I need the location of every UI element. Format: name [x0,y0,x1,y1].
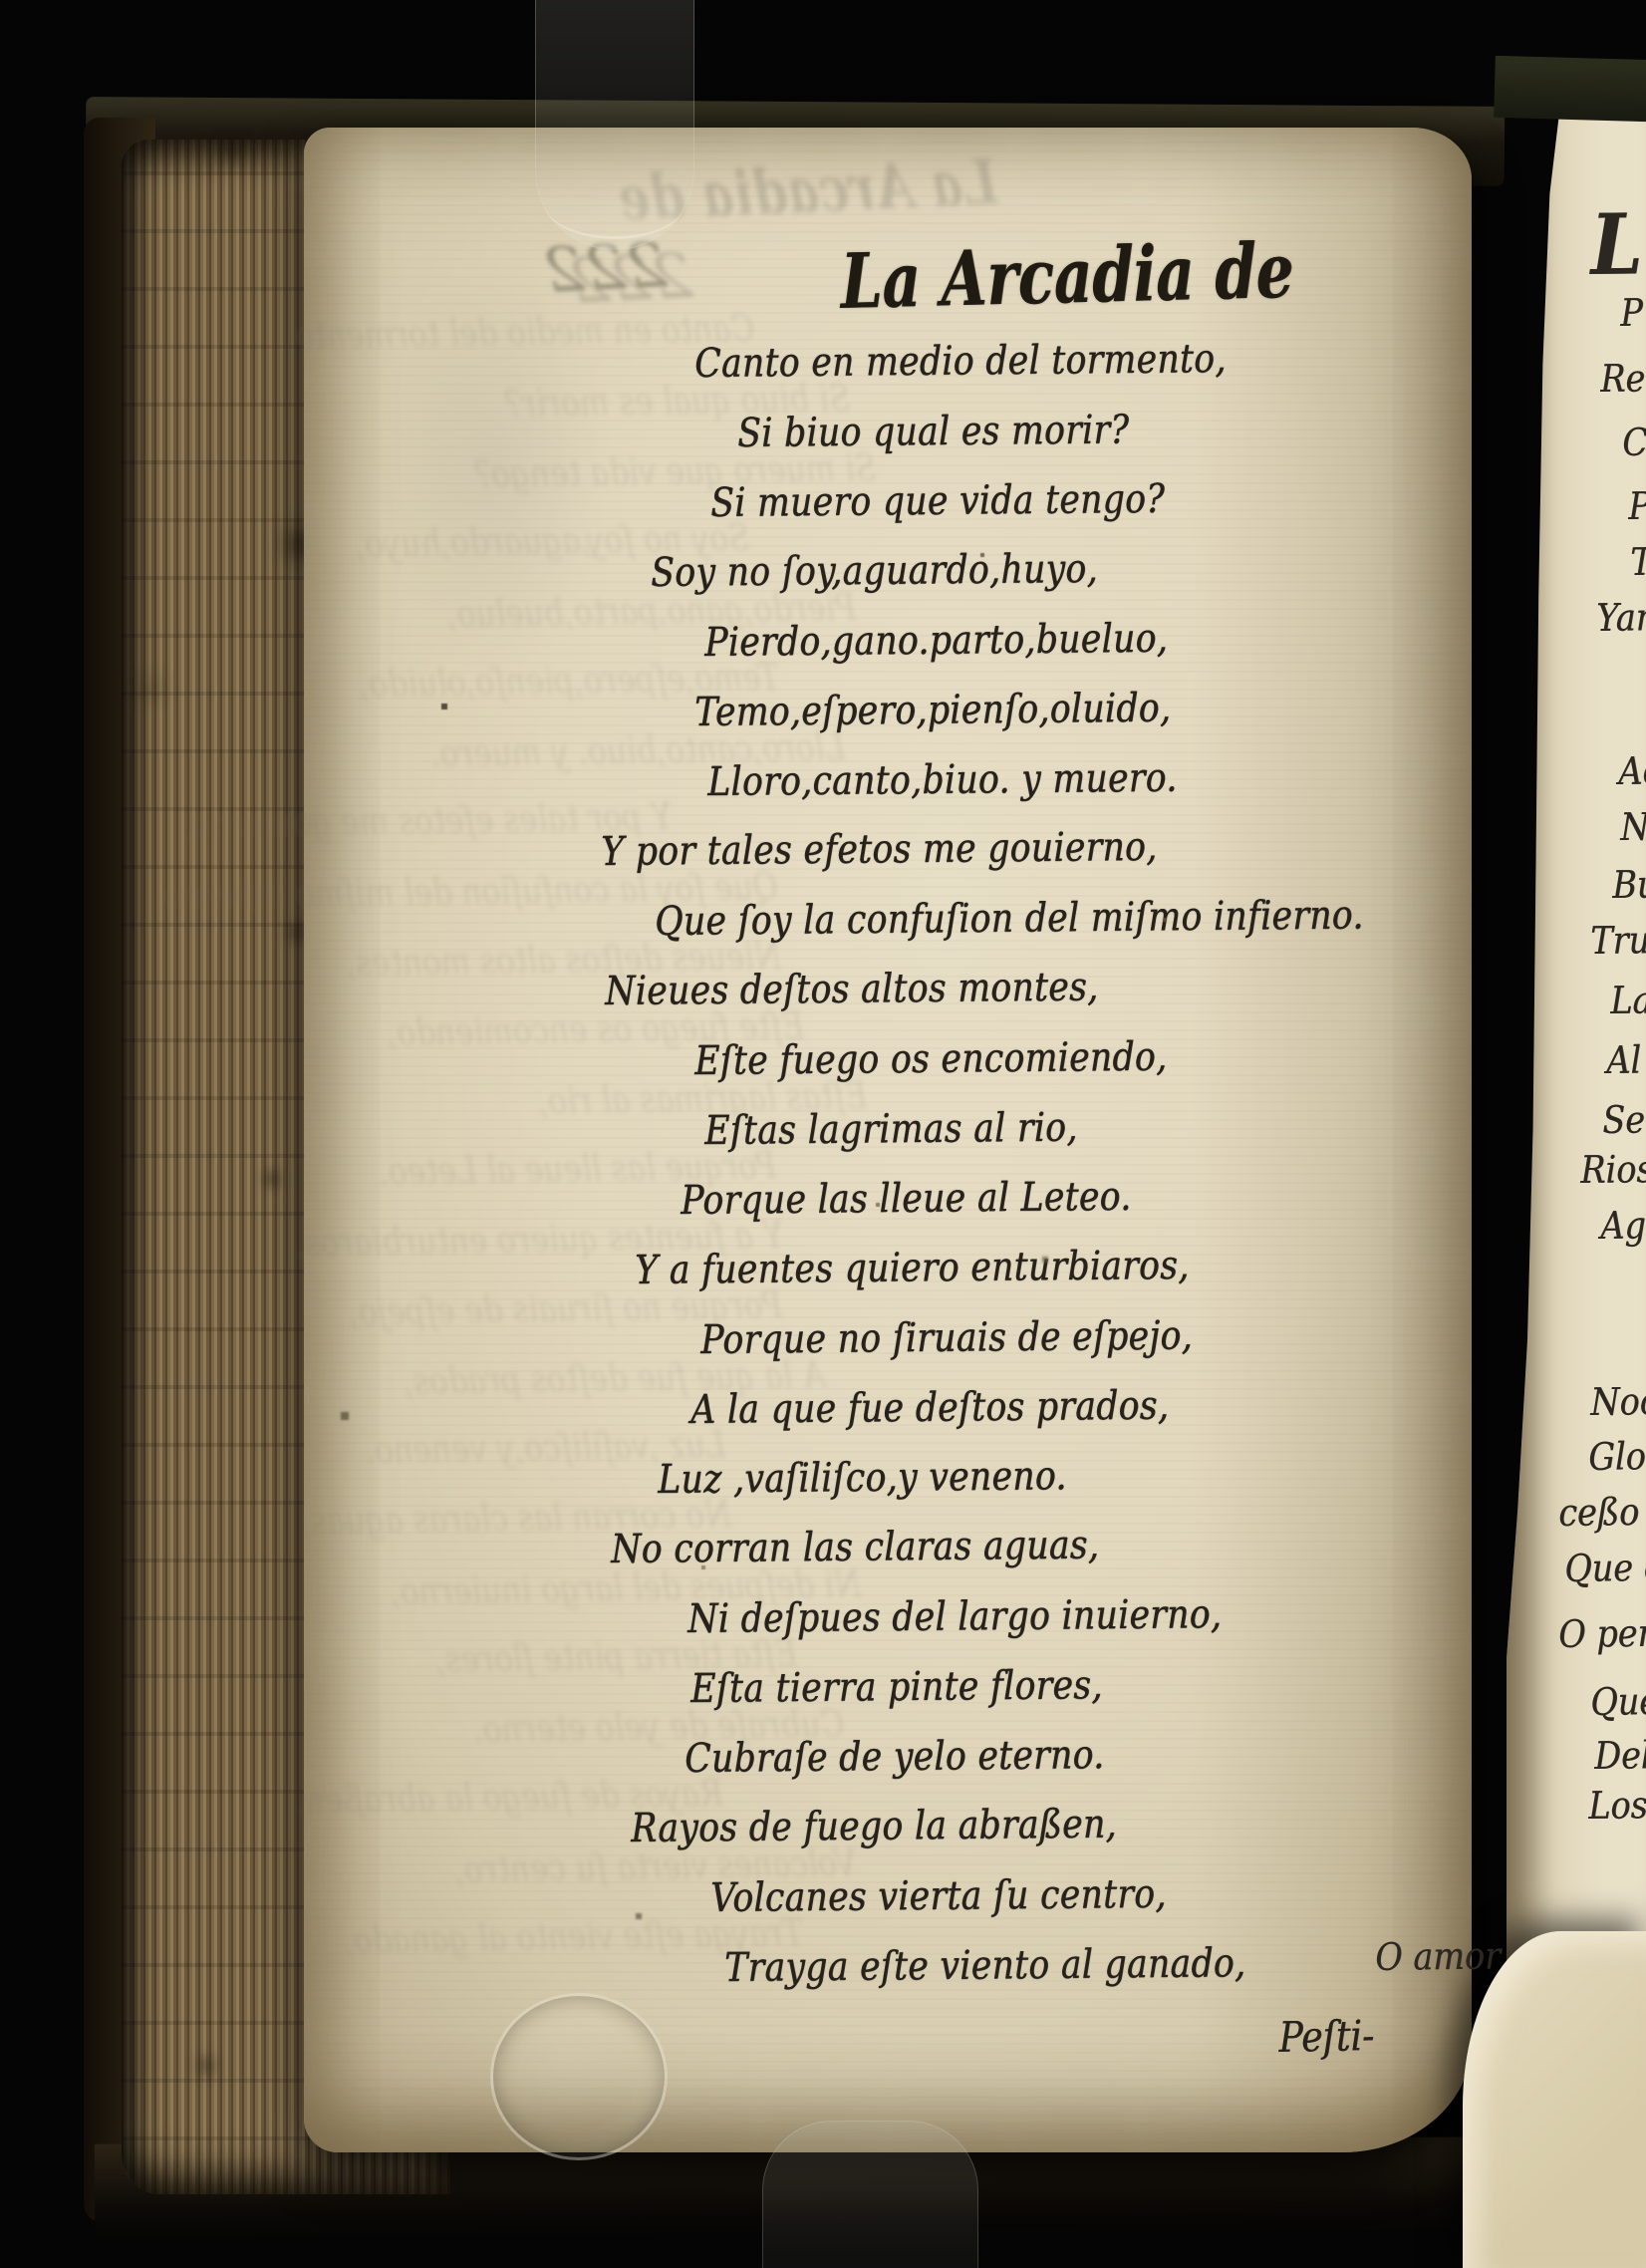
next-page-text-fragment: P [1620,291,1643,335]
ink-showthrough: Y por tales efetos me gouierno, [181,795,673,846]
next-page-text-fragment: Al c [1606,1037,1646,1082]
next-page-text-fragment: O amor [1375,1934,1501,1979]
next-page-text-fragment: Ni [1620,805,1646,849]
poem-line: Y por tales efetos me gouierno, [601,824,1158,875]
next-page-text-fragment: Los [1588,1783,1646,1828]
poem-line: Si biuo qual es morir? [737,407,1129,456]
poem-line: Rayos de fuego la abraßen, [631,1802,1117,1851]
poem-line: Pierdo,gano.parto,bueluo, [704,616,1168,666]
next-page-text-fragment: L [1590,194,1643,294]
poem-line: Porque las lleue al Leteo. [681,1174,1132,1224]
next-page-text-fragment: ceßo es [1558,1489,1646,1535]
next-page-text-fragment: Repar [1600,356,1646,401]
poem-line: Temo,eſpero,pienſo,oluido, [694,686,1171,735]
glass-strap-top [535,0,694,250]
poem-line: Ni deſpues del largo inuierno, [687,1591,1222,1642]
next-page-text-fragment: Se m [1602,1097,1646,1142]
next-page-text-fragment: Noc [1590,1379,1646,1424]
poem-line: Eſtas lagrimas al rio, [704,1105,1078,1154]
next-page-text-fragment: Del [1594,1733,1646,1778]
poem-line: No corran las claras aguas, [611,1523,1099,1572]
next-page-text-fragment: Que eſtè [1564,1545,1646,1590]
poem-line: Cubraſe de yelo eterno. [685,1732,1105,1782]
next-page-text-fragment: Que [1590,1679,1646,1724]
next-page-text-fragment: Te [1630,540,1646,584]
next-page-text-fragment: Agu [1600,1203,1646,1248]
poem-line: Luz ,vaſiliſco,y veneno. [658,1453,1067,1503]
paper-specks [0,0,2,2]
poem-line: Eſte fuego os encomiendo, [694,1034,1168,1084]
catchword: Peſti- [1278,2011,1374,2062]
running-header: La Arcadia de [840,226,1294,326]
glass-strap-bottom [762,2121,978,2268]
curled-page-corner [1463,1931,1646,2268]
binding-top-right [1494,56,1646,122]
next-page-text-fragment: Po [1628,484,1646,528]
poem-line: Volcanes vierta ſu centro, [710,1871,1167,1921]
poem-line: Lloro,canto,biuo. y muero. [707,755,1178,805]
poem-line: Trayga eſte viento al ganado, [724,1940,1245,1991]
poem-line: Que ſoy la confuſion del miſmo infierno. [655,893,1364,945]
poem-line: Nieues deſtos altos montes, [605,964,1099,1014]
next-page-text-fragment: Trueq [1590,918,1646,963]
ink-showthrough: Canto en medio del tormento, [285,307,755,358]
glass-weight-disc [490,1993,668,2160]
book-photo: La Arcadia de 222 La Arcadia de Canto en… [0,0,1646,2268]
poem-line: Y a fuentes quiero enturbiaros, [635,1243,1190,1293]
next-page-text-fragment: La c [1610,978,1646,1022]
poem-line: Porque no ſiruais de eſpejo, [700,1312,1193,1363]
poem-line: Canto en medio del tormento, [694,336,1227,387]
next-page-text-fragment: Ac [1618,748,1646,793]
next-page-text-fragment: Yano [1596,595,1646,640]
poem-line: A la que fue deſtos prados, [690,1383,1169,1433]
next-page-text-fragment: Bue [1612,862,1646,907]
next-page-text-fragment: Co [1622,420,1646,464]
next-page-text-fragment: Rios,n [1580,1147,1646,1192]
poem-line: Si muero que vida tengo? [710,476,1165,526]
next-page-text-fragment: Glor [1588,1434,1646,1479]
poem-line: Eſta tierra pinte flores, [690,1662,1103,1712]
next-page-text-fragment: O peregr [1558,1610,1646,1656]
poem-line: Soy no ſoy,aguardo,huyo, [651,546,1098,596]
